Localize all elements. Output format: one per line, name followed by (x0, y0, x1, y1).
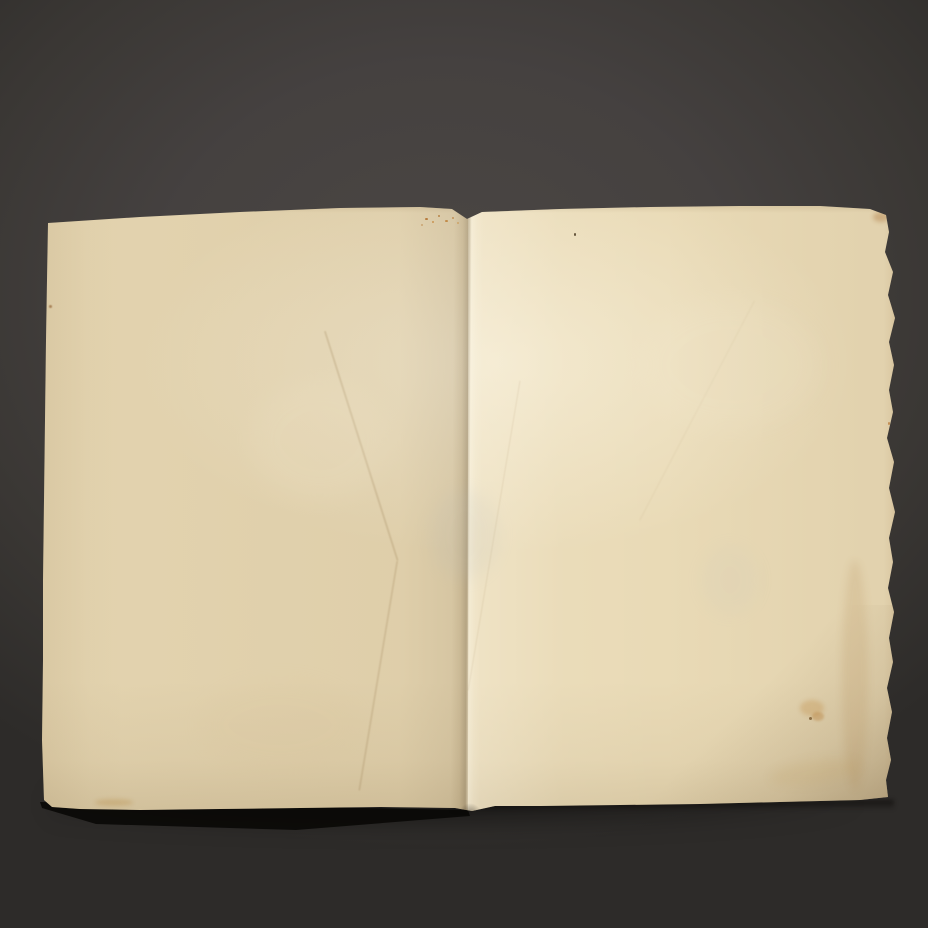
foxing-spot (421, 224, 423, 226)
foxing-spot (438, 215, 440, 217)
foxing-spot (425, 218, 428, 220)
open-booklet (38, 203, 900, 815)
dark-fleck (574, 233, 576, 236)
stain-bottom-right (812, 712, 824, 721)
foxing-spot (452, 217, 454, 219)
faint-smudge (430, 490, 500, 580)
edge-browning-right (842, 560, 868, 790)
stain-bottom-left-edge (95, 799, 133, 806)
faint-smudge (700, 545, 760, 615)
paper-mottle (250, 380, 390, 500)
foxing-spot-left-edge (49, 305, 52, 308)
top-edge-shading (38, 203, 900, 213)
foxing-patch-top-right (873, 212, 889, 222)
foxing-spot (457, 222, 459, 224)
foxing-spot (445, 220, 448, 222)
fold-top-notch-shadow (454, 203, 482, 219)
photo-backdrop (0, 0, 928, 928)
dark-fleck (809, 717, 812, 720)
paper-mottle (200, 680, 360, 770)
foxing-spot-right-edge (888, 422, 890, 425)
foxing-spot (432, 221, 434, 223)
paper-mottle (640, 300, 820, 430)
